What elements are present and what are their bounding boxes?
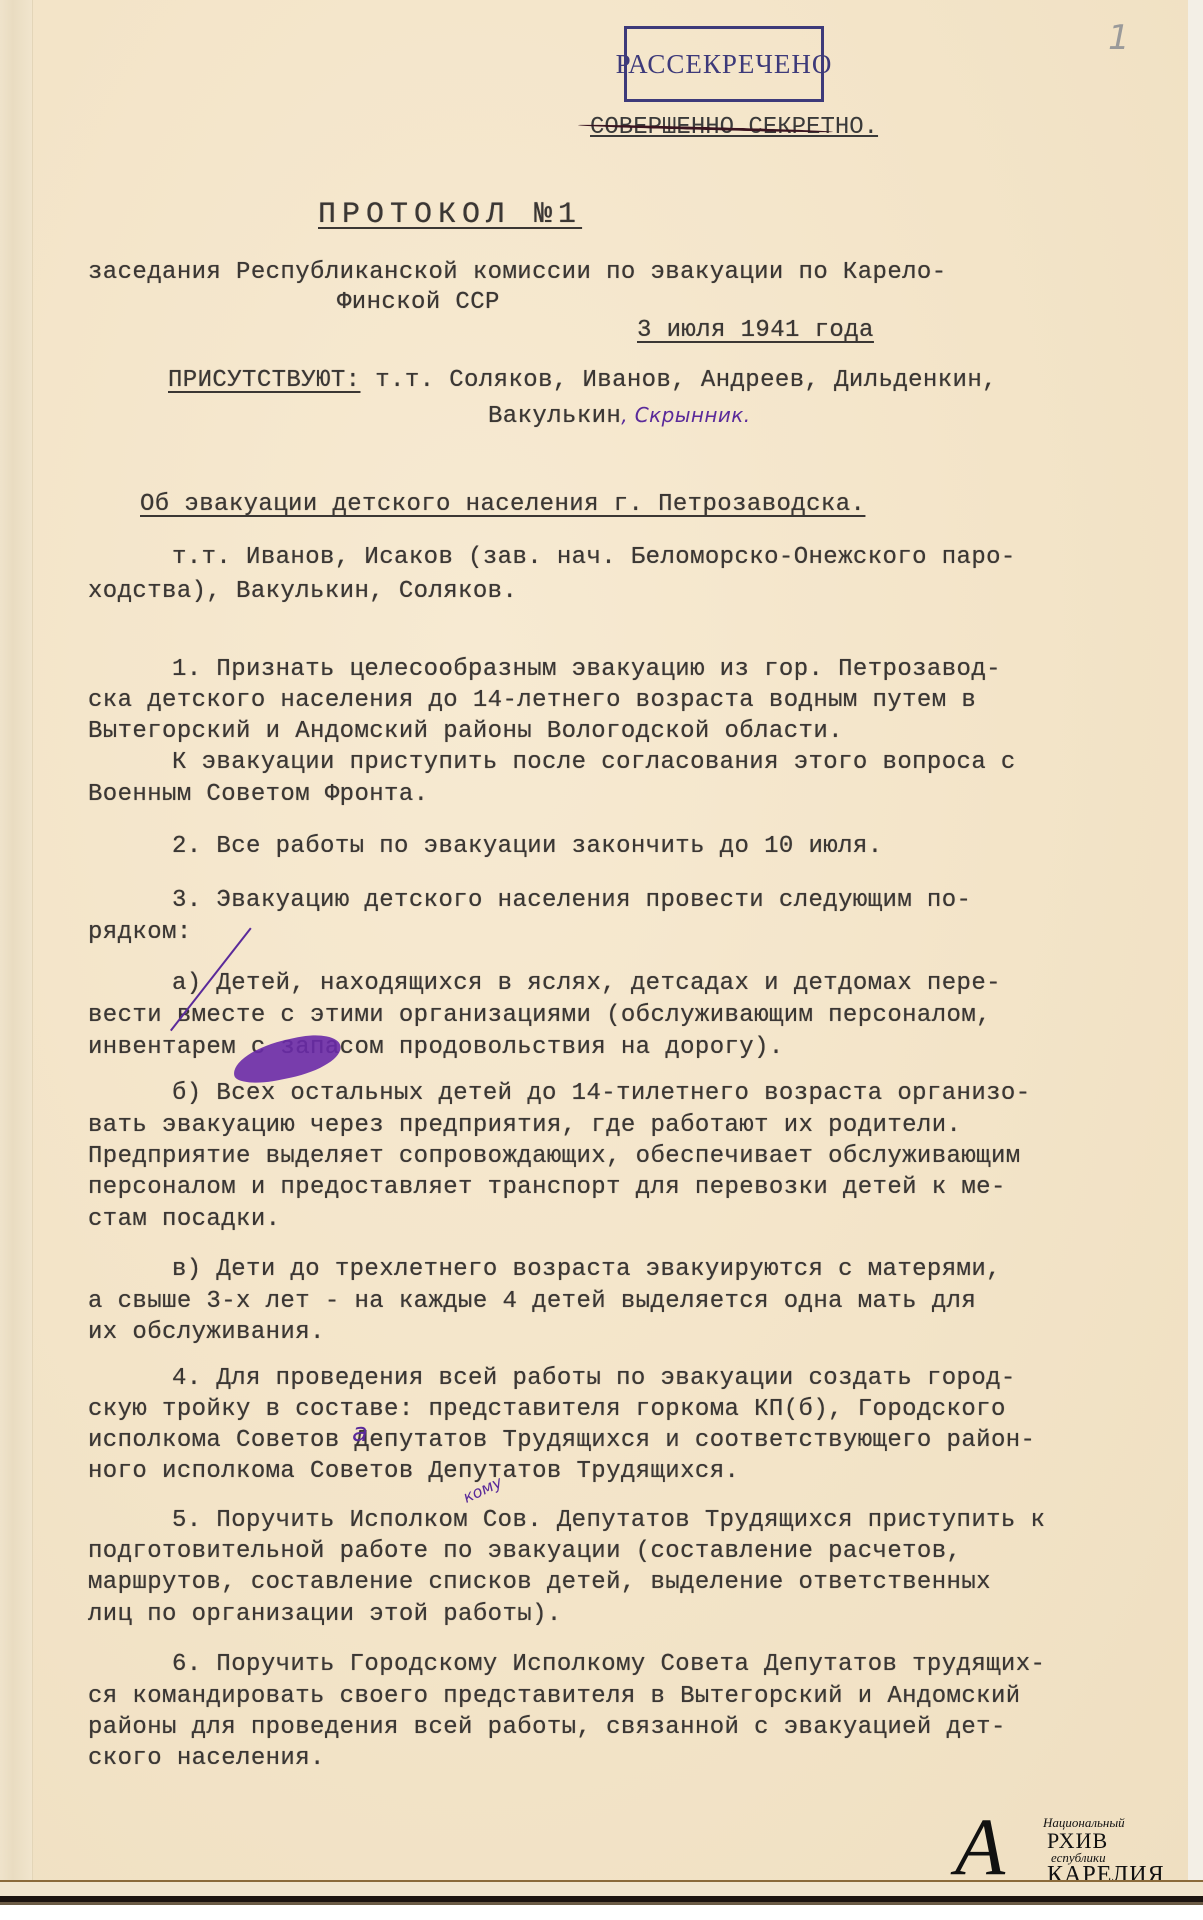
binding-margin: [0, 0, 33, 1880]
item-b-line: стам посадки.: [88, 1205, 280, 1235]
item-b-line: Предприятие выделяет сопровождающих, обе…: [88, 1142, 1021, 1172]
item-1-line: Военным Советом Фронта.: [88, 780, 428, 810]
present-label: ПРИСУТСТВУЮТ:: [168, 367, 360, 394]
item-v-line: а свыше 3-х лет - на каждые 4 детей выде…: [88, 1287, 976, 1317]
stamp-text: РАССЕКРЕЧЕНО: [616, 49, 833, 80]
item-4-line: исполкома Советов Депутатов Трудящихся и…: [88, 1426, 1035, 1456]
item-a-line: вести вместе с этими организациями (обсл…: [88, 1001, 991, 1031]
item-4-line: скую тройку в составе: представителя гор…: [88, 1395, 1006, 1425]
item-6-line: ского населения.: [88, 1744, 325, 1774]
present-line-2: Вакулькин, Скрынник.: [488, 400, 750, 432]
speakers-line-2: ходства), Вакулькин, Соляков.: [88, 577, 517, 607]
item-b-line: персоналом и предоставляет транспорт для…: [88, 1173, 1006, 1203]
present-names: т.т. Соляков, Иванов, Андреев, Дильденки…: [360, 367, 997, 394]
item-b-line: вать эвакуацию через предприятия, где ра…: [88, 1111, 961, 1141]
item-a-line: а) Детей, находящихся в яслях, детсадах …: [172, 969, 1001, 999]
item-5-line: маршрутов, составление списков детей, вы…: [88, 1568, 991, 1598]
document-title: ПРОТОКОЛ №1: [318, 200, 582, 230]
item-6-line: ся командировать своего представителя в …: [88, 1682, 1021, 1712]
item-5-line: подготовительной работе по эвакуации (со…: [88, 1537, 961, 1567]
handwritten-correction: а: [352, 1418, 368, 1448]
present-names-cont: Вакулькин: [488, 403, 621, 430]
item-v-line: их обслуживания.: [88, 1318, 325, 1348]
item-b-line: б) Всех остальных детей до 14-тилетнего …: [172, 1079, 1031, 1109]
item-1-line: К эвакуации приступить после согласовани…: [172, 748, 1016, 778]
item-3-line: 3. Эвакуацию детского населения провести…: [172, 886, 971, 916]
item-a-line: инвентарем с запасом продовольствия на д…: [88, 1033, 784, 1063]
document-date: 3 июля 1941 года: [637, 316, 874, 346]
item-1-line: ска детского населения до 14-летнего воз…: [88, 686, 976, 716]
item-1-line: Вытегорский и Андомский районы Вологодск…: [88, 717, 843, 747]
declassified-stamp: РАССЕКРЕЧЕНО: [624, 26, 824, 102]
handwritten-name: , Скрынник.: [621, 403, 750, 427]
item-3-line: рядком:: [88, 918, 192, 948]
item-5-line: лиц по организации этой работы).: [88, 1600, 562, 1630]
item-6-line: 6. Поручить Городскому Исполкому Совета …: [172, 1650, 1045, 1680]
present-line-1: ПРИСУТСТВУЮТ: т.т. Соляков, Иванов, Андр…: [168, 366, 997, 396]
underlying-sheet: [1188, 0, 1203, 1905]
edge-line: [0, 1882, 1203, 1896]
item-1-line: 1. Признать целесообразным эвакуацию из …: [172, 655, 1001, 685]
edge-line: [0, 1902, 1203, 1905]
speakers-line-1: т.т. Иванов, Исаков (зав. нач. Беломорск…: [172, 543, 1016, 573]
agenda-heading: Об эвакуации детского населения г. Петро…: [140, 490, 865, 520]
subtitle-line-1: заседания Республиканской комиссии по эв…: [88, 258, 947, 288]
item-4-line: ного исполкома Советов Депутатов Трудящи…: [88, 1457, 739, 1487]
item-2-line: 2. Все работы по эвакуации закончить до …: [172, 832, 883, 862]
page-edge-stack: [0, 1880, 1203, 1920]
item-6-line: районы для проведения всей работы, связа…: [88, 1713, 1006, 1743]
folio-number: 1: [1108, 18, 1130, 58]
item-4-line: 4. Для проведения всей работы по эвакуац…: [172, 1364, 1016, 1394]
item-v-line: в) Дети до трехлетнего возраста эвакуиру…: [172, 1255, 1001, 1285]
subtitle-line-2: Финской ССР: [337, 288, 500, 318]
item-5-line: 5. Поручить Исполком Сов. Депутатов Труд…: [172, 1506, 1045, 1536]
document-page: РАССЕКРЕЧЕНО СОВЕРШЕННО СЕКРЕТНО. 1 ПРОТ…: [0, 0, 1188, 1880]
